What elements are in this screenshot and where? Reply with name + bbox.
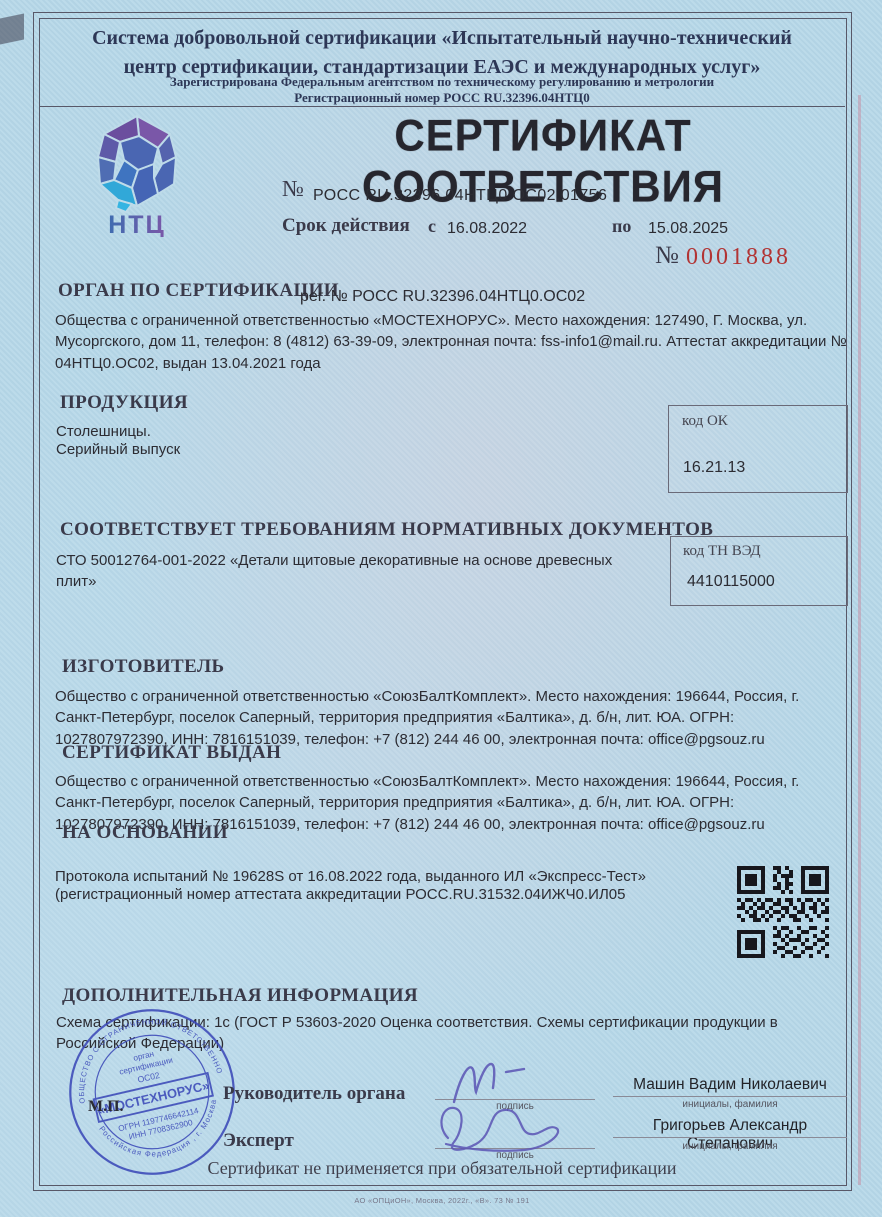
issued-heading: СЕРТИФИКАТ ВЫДАН [62,742,281,764]
system-header-registered: Зарегистрирована Федеральным агентством … [65,74,819,90]
tnved-code-value: 4410115000 [687,573,775,591]
validity-from-label: с [428,216,436,237]
basis-text-line2: (регистрационный номер аттестата аккреди… [55,884,715,905]
certificate-page: Система добровольной сертификации «Испыт… [0,0,882,1217]
tnved-code-box: код ТН ВЭД 4410115000 [670,536,848,606]
blank-number-value: 0001888 [686,244,791,271]
blank-number-label: № [655,242,679,270]
cert-number-label: № [282,176,304,202]
head-name-sublabel: инициалы, фамилия [613,1099,847,1110]
qr-code-icon [736,865,830,959]
validity-label: Срок действия [282,215,410,237]
qr-code [736,865,830,959]
manufacturer-text: Общество с ограниченной ответственностью… [55,686,847,750]
org-section-heading: ОРГАН ПО СЕРТИФИКАЦИИ [58,280,339,302]
expert-name-line [613,1137,847,1138]
additional-heading: ДОПОЛНИТЕЛЬНАЯ ИНФОРМАЦИЯ [62,985,418,1007]
system-header-regnumber: Регистрационный номер РОСС RU.32396.04НТ… [65,90,819,106]
product-line-2: Серийный выпуск [56,439,180,460]
product-section-heading: ПРОДУКЦИЯ [60,392,188,414]
expert-role-label: Эксперт [223,1130,294,1152]
scan-artifact-corner [0,13,24,44]
basis-heading: НА ОСНОВАНИИ [62,822,228,844]
head-name-line [613,1096,847,1097]
cert-number-value: РОСС RU.32396.04НТЦ0.ОС02.01756 [313,187,607,205]
validity-to-label: по [612,216,631,237]
head-role-label: Руководитель органа [223,1083,405,1105]
mp-label: М.П. [88,1098,124,1116]
tnved-code-label: код ТН ВЭД [683,543,761,560]
ntc-logo: НТЦ [92,112,182,237]
ok-code-label: код ОК [682,413,728,430]
manufacturer-heading: ИЗГОТОВИТЕЛЬ [62,656,224,678]
validity-from-date: 16.08.2022 [447,220,527,238]
validity-to-date: 15.08.2025 [648,220,728,238]
head-name: Машин Вадим Николаевич [613,1076,847,1094]
stamp-inner-line3: ОС02 [137,1070,161,1085]
ok-code-value: 16.21.13 [683,459,745,477]
ntc-logo-text: НТЦ [108,211,166,237]
scan-artifact-line [858,95,861,1185]
org-section-reg: рег. № РОСС RU.32396.04НТЦ0.ОС02 [300,288,585,306]
org-section-text: Общества с ограниченной ответственностью… [55,310,847,374]
expert-name-sublabel: инициалы, фамилия [613,1141,847,1152]
crystal-hexagon-icon: НТЦ [92,112,182,237]
compliance-section-heading: СООТВЕТСТВУЕТ ТРЕБОВАНИЯМ НОРМАТИВНЫХ ДО… [60,519,713,541]
compliance-text: СТО 50012764-001-2022 «Детали щитовые де… [56,550,656,593]
expert-signature-ink [428,1098,588,1165]
ok-code-box: код ОК 16.21.13 [668,405,848,493]
printer-info: АО «ОПЦиОН», Москва, 2022г., «В». 73 № 1… [39,1196,845,1205]
footer-disclaimer: Сертификат не применяется при обязательн… [39,1158,845,1179]
header-separator [39,106,845,107]
